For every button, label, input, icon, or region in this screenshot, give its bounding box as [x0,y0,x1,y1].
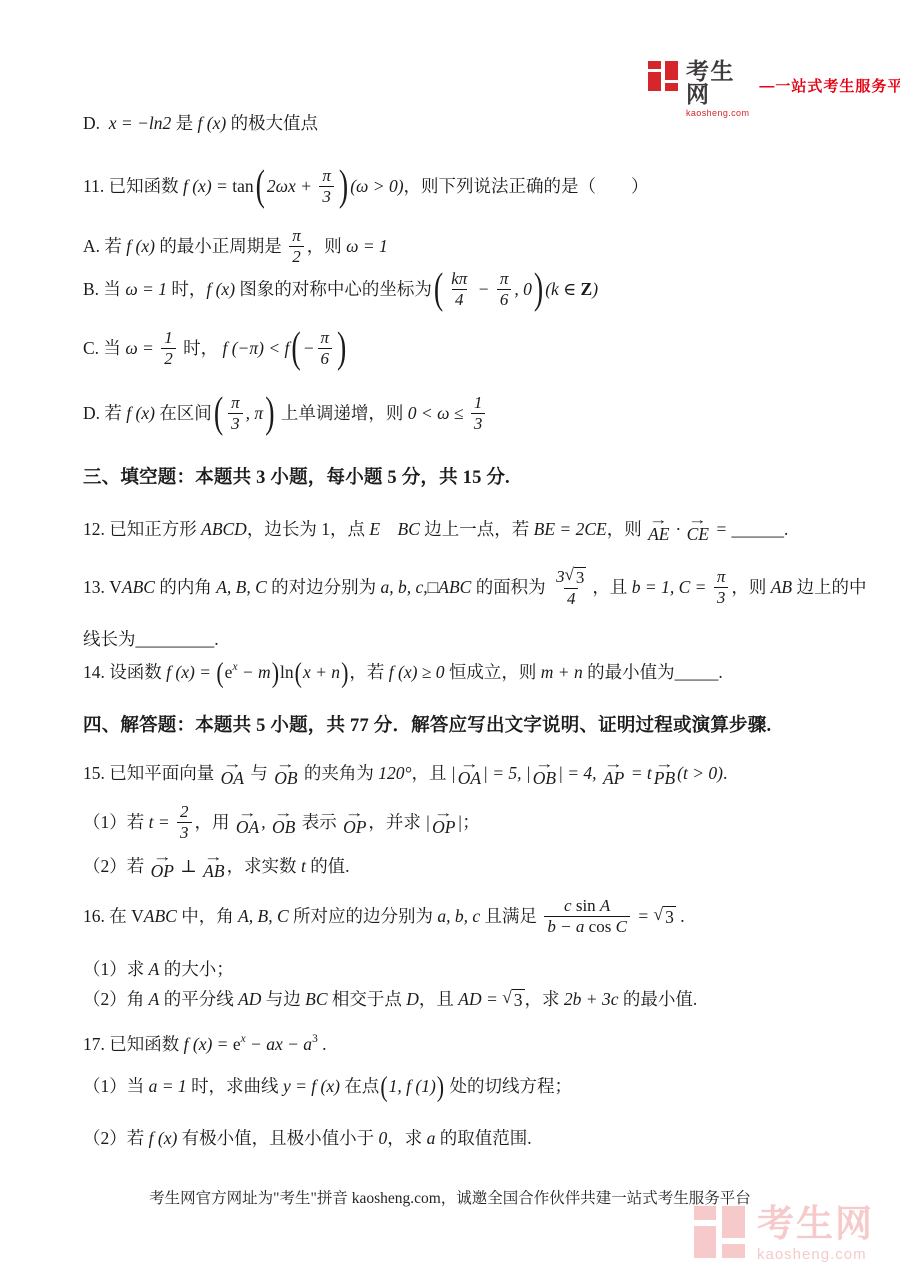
line-q17: 17. 已知函数 f (x) = ex − ax − a3 . [83,1034,327,1056]
fraction: 12 [161,328,176,370]
line-q11-c: C. 当 ω = 12 时， f (−π) < f(−π6) [83,328,348,370]
vector-arrow: →OA [236,809,259,836]
line-q17-2: （2）若 f (x) 有极小值，且极小值小于 0，求 a 的取值范围. [83,1128,532,1150]
line-heading-4: 四、解答题：本题共 5 小题，共 77 分．解答应写出文字说明、证明过程或演算步… [83,715,771,738]
line-opt-d-prev: D. x = −ln2 是 f (x) 的极大值点 [83,113,318,135]
line-q11-b: B. 当 ω = 1 时，f (x) 图象的对称中心的坐标为(kπ4 − π6,… [83,269,598,311]
fraction: π3 [228,393,243,435]
watermark-logo: 考生网 kaosheng.com [694,1205,874,1262]
fraction: 13 [471,393,486,435]
logo-block [648,61,661,69]
logo-block [694,1206,716,1220]
watermark-brand-domain: kaosheng.com [757,1247,874,1262]
line-q17-1: （1）当 a = 1 时，求曲线 y = f (x) 在点(1, f (1)) … [83,1076,572,1098]
vector-arrow: →AB [203,853,224,880]
line-q14: 14. 设函数 f (x) = (ex − m)ln(x + n)，若 f (x… [83,662,723,684]
vector-arrow: →CE [687,516,709,543]
vector-arrow: →OB [533,760,556,787]
line-q13-cont: 线长为_________. [83,629,219,651]
logo-block [722,1244,745,1258]
brand-tagline: —一站式考生服务平台 [759,75,900,96]
brand-name: 考生网 [686,60,749,106]
vector-arrow: →OA [458,760,481,787]
radical: √3 [565,567,587,588]
logo-block [722,1206,745,1238]
vector-arrow: →OB [274,760,297,787]
line-q13: 13. VABC 的内角 A, B, C 的对边分别为 a, b, c,□ABC… [83,567,867,609]
vector-arrow: →AE [648,516,669,543]
radical: √3 [502,989,524,1010]
fraction: kπ4 [448,269,470,311]
fraction: π3 [714,567,729,609]
fraction: 3√34 [553,567,589,609]
vector-arrow: →PB [654,760,675,787]
radical: √3 [653,906,675,927]
line-q12: 12. 已知正方形 ABCD，边长为 1，点 E BC 边上一点，若 BE = … [83,516,788,543]
watermark-brand-name: 考生网 [757,1205,874,1242]
line-heading-3: 三、填空题：本题共 3 小题，每小题 5 分，共 15 分. [83,467,510,490]
logo-block [665,61,678,80]
vector-arrow: →AP [603,760,624,787]
vector-arrow: →OB [272,809,295,836]
exam-page: { "brand": { "name": "考生网", "domain": "k… [0,0,900,1273]
line-q11-d: D. 若 f (x) 在区间(π3, π) 上单调递增，则 0 < ω ≤ 13 [83,393,488,435]
fraction: π2 [289,226,304,268]
vector-arrow: →OP [343,809,366,836]
logo-block [665,83,678,91]
line-q15: 15. 已知平面向量 →OA 与 →OB 的夹角为 120°，且 |→OA| =… [83,760,727,787]
vector-arrow: →OP [432,809,455,836]
line-q15-1: （1）若 t = 23，用 →OA, →OB 表示 →OP，并求 |→OP|； [83,802,480,844]
brand-text: 考生网 kaosheng.com [686,60,749,118]
line-q11: 11. 已知函数 f (x) = tan(2ωx + π3)(ω > 0)，则下… [83,166,649,208]
fraction: c sin Ab − a cos C [544,896,630,938]
line-q15-2: （2）若 →OP ⊥ →AB，求实数 t 的值. [83,853,350,880]
fraction: π6 [497,269,512,311]
brand-logo: 考生网 kaosheng.com —一站式考生服务平台 [648,60,900,118]
line-q11-a: A. 若 f (x) 的最小正周期是 π2，则 ω = 1 [83,226,388,268]
vector-arrow: →OA [221,760,244,787]
brand-domain: kaosheng.com [686,109,749,118]
brand-logo-icon [648,60,680,92]
line-q16-1: （1）求 A 的大小； [83,959,234,981]
tagline-text: 一站式考生服务平台 [775,78,900,95]
line-q16: 16. 在 VABC 中，角 A, B, C 所对应的边分别为 a, b, c … [83,896,685,938]
watermark-logo-icon [694,1205,748,1259]
watermark-text: 考生网 kaosheng.com [757,1205,874,1262]
fraction: π6 [318,328,333,370]
line-q16-2: （2）角 A 的平分线 AD 与边 BC 相交于点 D，且 AD = √3，求 … [83,989,697,1011]
logo-block [694,1226,716,1258]
vector-arrow: →OP [151,853,174,880]
fraction: 23 [177,802,192,844]
fraction: π3 [319,166,334,208]
logo-block [648,72,661,91]
tagline-dash: — [759,78,775,95]
